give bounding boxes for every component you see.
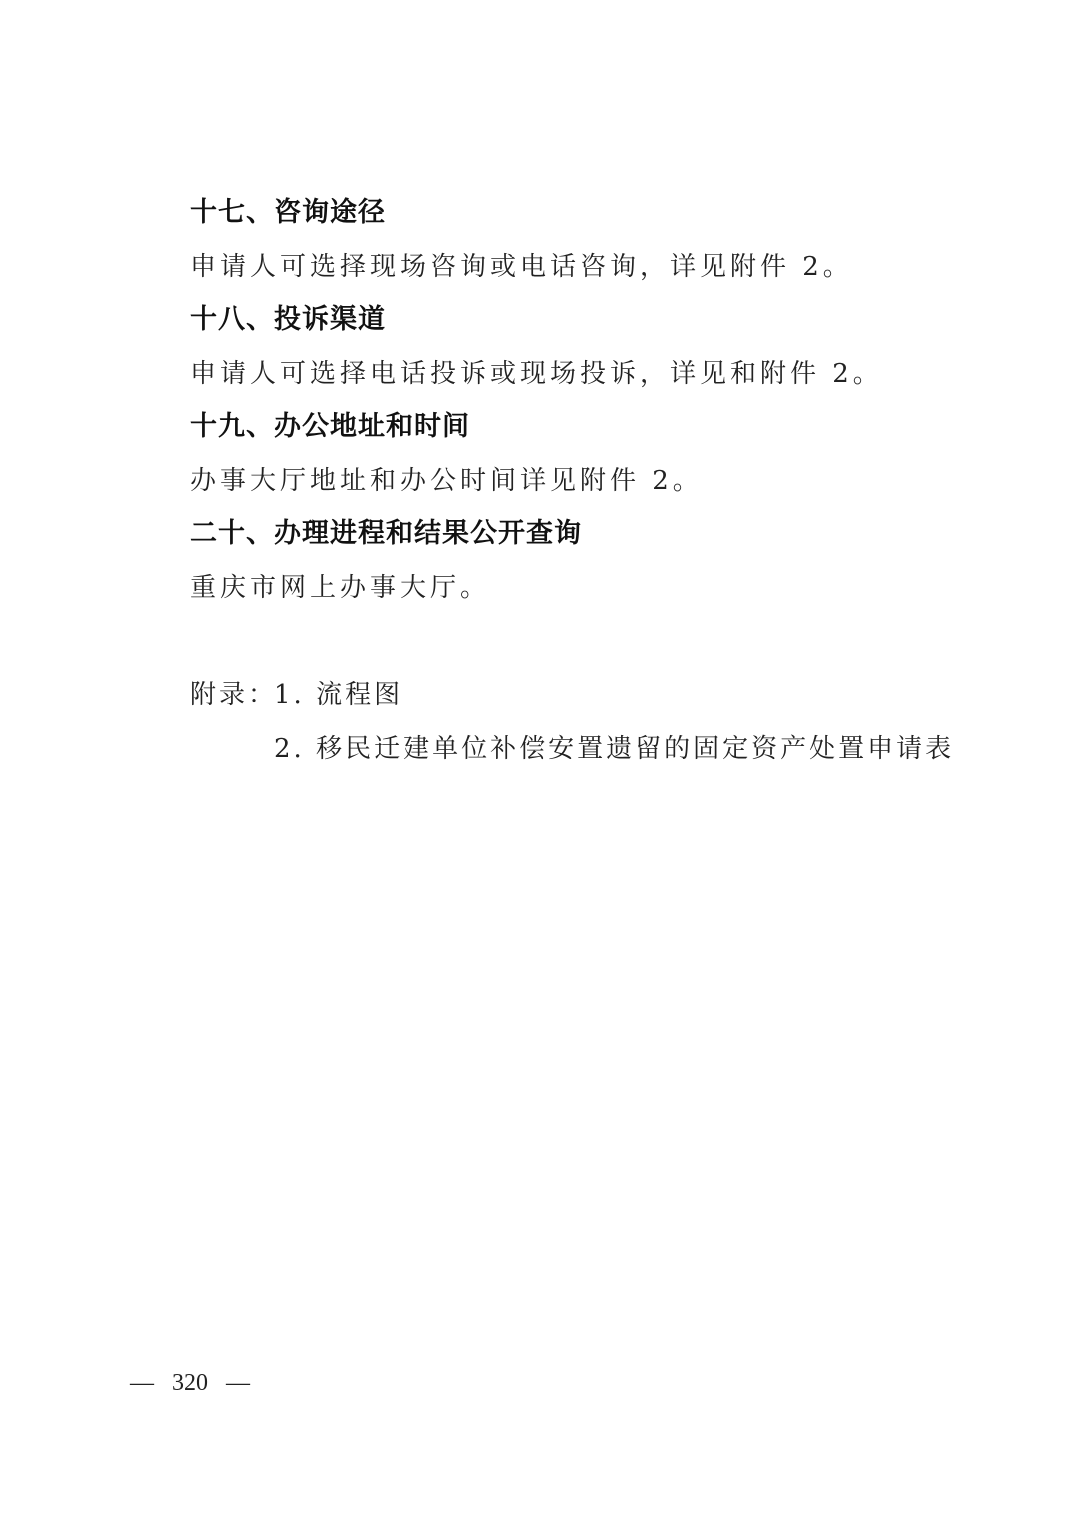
appendix-item-2: 2. 移民迁建单位补偿安置遗留的固定资产处置申请表 bbox=[274, 732, 954, 766]
page-footer: — 320 — bbox=[130, 1370, 250, 1397]
section-body-17: 申请人可选择现场咨询或电话咨询，详见附件 2。 bbox=[190, 250, 853, 284]
appendix-item-1: 1. 流程图 bbox=[274, 678, 403, 712]
section-heading-19: 十九、办公地址和时间 bbox=[190, 410, 470, 444]
section-body-19: 办事大厅地址和办公时间详见附件 2。 bbox=[190, 464, 703, 498]
section-heading-20: 二十、办理进程和结果公开查询 bbox=[190, 517, 582, 551]
page-number: 320 bbox=[172, 1370, 208, 1396]
section-body-20: 重庆市网上办事大厅。 bbox=[190, 571, 490, 605]
section-heading-17: 十七、咨询途径 bbox=[190, 196, 386, 230]
footer-dash-right: — bbox=[226, 1370, 250, 1397]
document-page: 十七、咨询途径 申请人可选择现场咨询或电话咨询，详见附件 2。 十八、投诉渠道 … bbox=[0, 0, 1074, 1520]
footer-dash-left: — bbox=[130, 1370, 154, 1397]
appendix-label: 附录： bbox=[190, 678, 277, 712]
section-body-18: 申请人可选择电话投诉或现场投诉，详见和附件 2。 bbox=[190, 357, 883, 391]
section-heading-18: 十八、投诉渠道 bbox=[190, 303, 386, 337]
